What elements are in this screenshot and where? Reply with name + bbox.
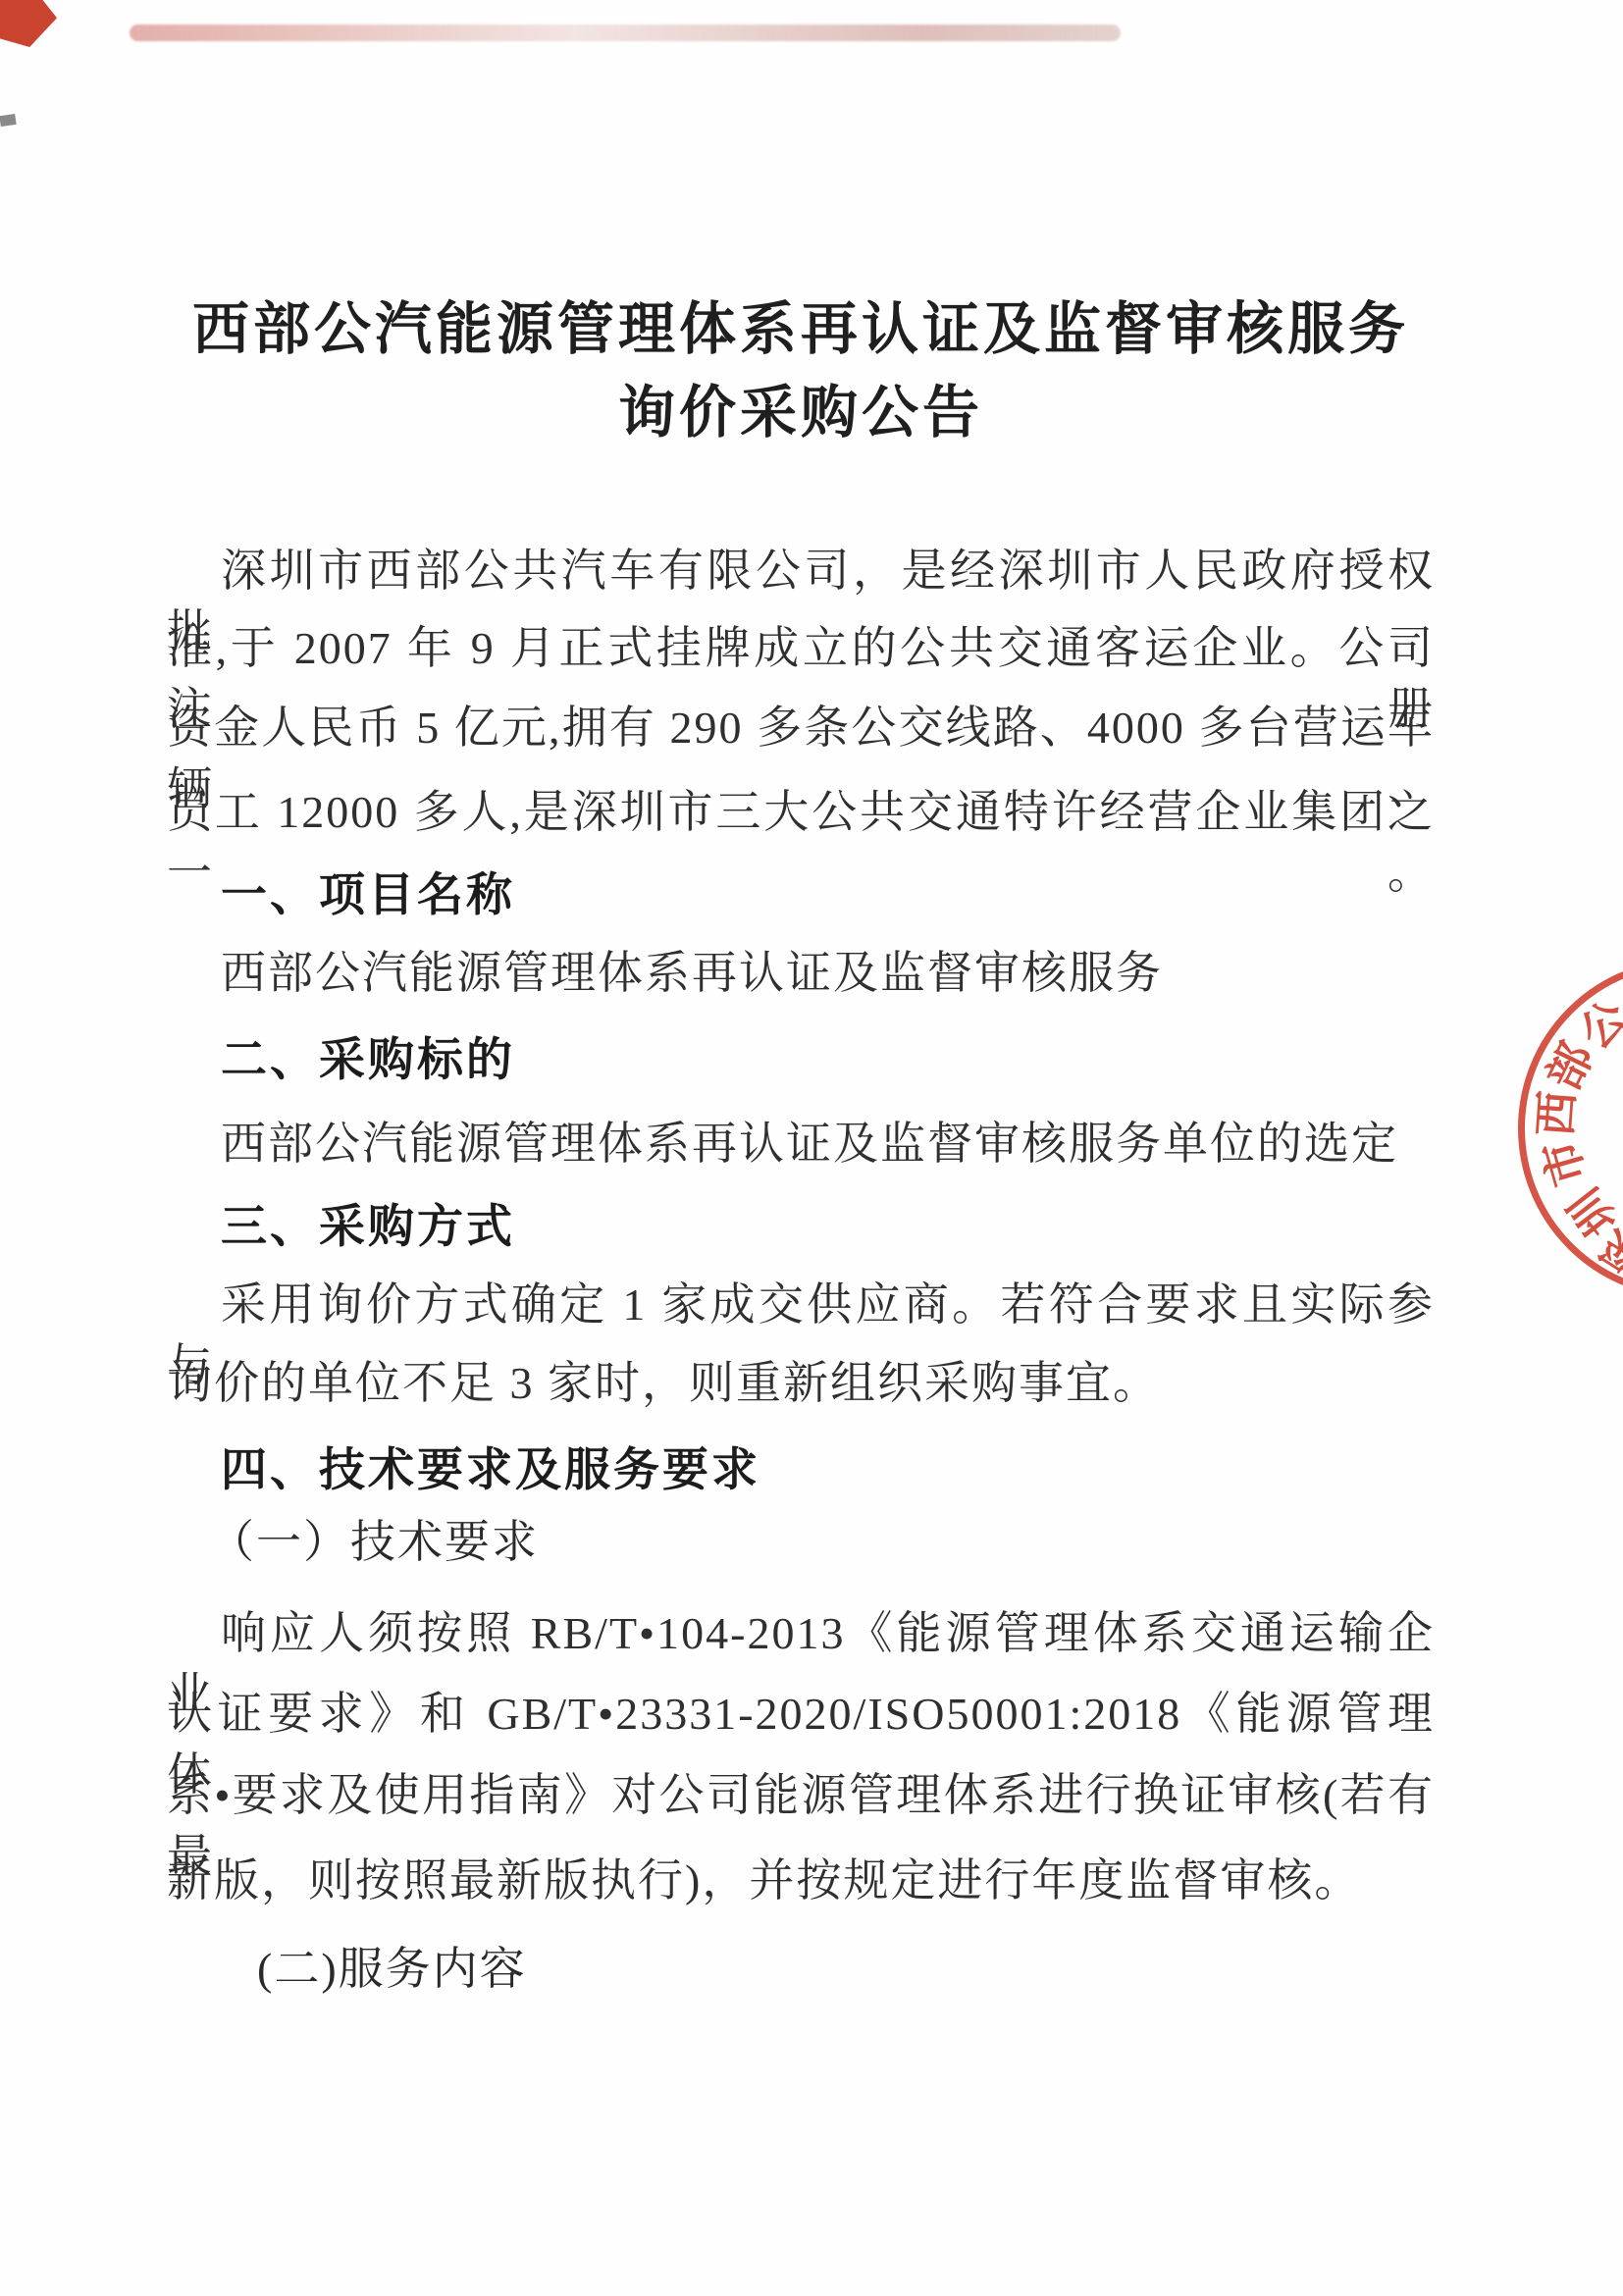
- grey-scan-mark: [0, 114, 17, 127]
- section-2-heading: 二、采购标的: [167, 1029, 1435, 1092]
- intro-line-3: 资金人民币 5 亿元,拥有 290 多条公交线路、4000 多台营运车辆、: [167, 698, 1435, 760]
- stamp-character: 西: [1533, 1089, 1581, 1137]
- section-4-heading: 四、技术要求及服务要求: [167, 1439, 1435, 1502]
- section-3-heading: 三、采购方式: [167, 1196, 1435, 1259]
- section-1-body: 西部公汽能源管理体系再认证及监督审核服务: [167, 943, 1435, 1006]
- section-4-paragraph-line-4: 新版，则按照最新版执行)，并按规定进行年度监督审核。: [167, 1851, 1435, 1913]
- section-4-paragraph-line-1: 响应人须按照 RB/T•104-2013《能源管理体系交通运输企业: [167, 1603, 1435, 1666]
- section-4-subheading-1: （一）技术要求: [167, 1512, 1435, 1575]
- document-title-line-1: 西部公汽能源管理体系再认证及监督审核服务: [167, 283, 1435, 365]
- section-4-paragraph-line-2: 认证要求》和 GB/T•23331-2020/ISO50001:2018《能源管…: [167, 1684, 1435, 1747]
- scanned-document-page: 西部公汽能源管理体系再认证及监督审核服务 询价采购公告 深圳市西部公共汽车有限公…: [0, 0, 1623, 2296]
- section-4-paragraph-line-3: 系•要求及使用指南》对公司能源管理体系进行换证审核(若有最: [167, 1765, 1435, 1828]
- section-4-subheading-2: (二)服务内容: [167, 1939, 1435, 2002]
- intro-line-1: 深圳市西部公共汽车有限公司，是经深圳市人民政府授权批: [167, 541, 1435, 603]
- section-1-heading: 一、项目名称: [167, 864, 1435, 927]
- section-3-body-line-1: 采用询价方式确定 1 家成交供应商。若符合要求且实际参与: [167, 1275, 1435, 1337]
- intro-line-2: 准,于 2007 年 9 月正式挂牌成立的公共交通客运企业。公司注册: [167, 618, 1435, 681]
- section-2-body: 西部公汽能源管理体系再认证及监督审核服务单位的选定: [167, 1114, 1435, 1176]
- red-scan-artifact: [0, 0, 57, 47]
- intro-line-4: 员工 12000 多人,是深圳市三大公共交通特许经营企业集团之一。: [167, 782, 1435, 845]
- document-title-line-2: 询价采购公告: [167, 366, 1435, 448]
- section-3-body-line-2: 询价的单位不足 3 家时，则重新组织采购事宜。: [167, 1353, 1435, 1416]
- pink-scan-streak: [130, 25, 1121, 41]
